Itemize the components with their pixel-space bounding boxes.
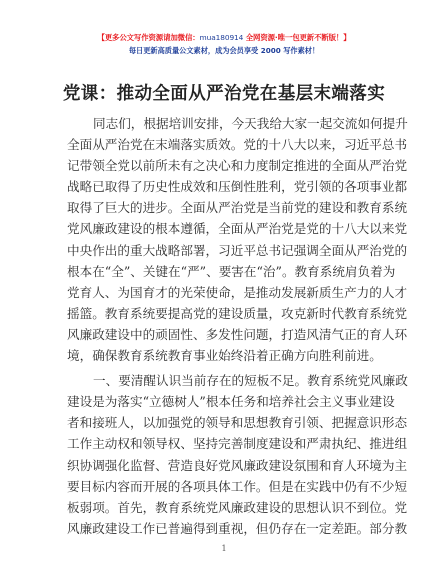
page-number: 1 (0, 544, 448, 553)
text-line: 取得了巨大的进步。全面从严治党是当前党的建设和教育系统 (67, 197, 383, 218)
text-line: 战略已取得了历史性成效和压倒性胜利，党引领的各项事业都 (67, 176, 383, 197)
promo-banner: 【更多公文写作资源请加微信：mua180914 全网资源·唯一包更新不断版！】 … (0, 31, 448, 57)
text-line: 建设是为落实“立德树人”根本任务和培养社会主义事业建设 (67, 391, 383, 412)
paragraph-section-one: 一、要清醒认识当前存在的短板不足。教育系统党风廉政 建设是为落实“立德树人”根本… (67, 370, 383, 539)
document-page: 【更多公文写作资源请加微信：mua180914 全网资源·唯一包更新不断版！】 … (0, 0, 448, 580)
text-line: 党风廉政建设的根本遵循，全面从严治党是党的十八大以来党 (67, 218, 383, 239)
promo-line-wechat: 【更多公文写作资源请加微信：mua180914 全网资源·唯一包更新不断版！】 (0, 31, 448, 44)
text-line: 摇篮。教育系统要提高党的建设质量，攻克新时代教育系统党 (67, 303, 383, 324)
text-line: 中央作出的重大战略部署，习近平总书记强调全面从严治党的 (67, 240, 383, 261)
text-line: 记带领全党以前所未有之决心和力度制定推进的全面从严治党 (67, 155, 383, 176)
text-line: 根本在“全”、关键在“严”、要害在“治”。教育系统肩负着为 (67, 261, 383, 282)
text-line: 者和接班人，以加强党的领导和思想教育引领、把握意识形态 (67, 412, 383, 433)
promo-line-prefix: 【更多公文写作资源请加微信： (97, 33, 199, 42)
section-heading-line: 一、要清醒认识当前存在的短板不足。教育系统党风廉政 (67, 370, 383, 391)
text-line: 风廉政建设工作已普遍得到重视，但仍存在一定差距。部分教 (67, 518, 383, 539)
text-line: 全面从严治党在末端落实质效。党的十八大以来，习近平总书 (67, 134, 383, 155)
promo-line-membership: 每日更新高质量公文素材，成为会员享受 2000 写作素材！ (0, 44, 448, 57)
text-line: 织协调强化监督、营造良好党风廉政建设氛围和育人环境为主 (67, 455, 383, 476)
promo-line-suffix: 全网资源·唯一包更新不断版！】 (243, 33, 350, 42)
text-line: 要目标内容而开展的各项具体工作。但是在实践中仍有不少短 (67, 476, 383, 497)
text-line: 风廉政建设中的顽固性、多发性问题，打造风清气正的育人环 (67, 324, 383, 345)
document-body: 同志们，根据培训安排，今天我给大家一起交流如何提升 全面从严治党在末端落实质效。… (67, 113, 383, 539)
text-line: 境，确保教育系统教育事业始终沿着正确方向胜利前进。 (67, 345, 383, 366)
text-line: 党育人、为国育才的光荣使命，是推动发展新质生产力的人才 (67, 282, 383, 303)
document-title: 党课：推动全面从严治党在基层末端落实 (0, 80, 448, 105)
text-line: 工作主动权和领导权、坚持完善制度建设和严肃执纪、推进组 (67, 433, 383, 454)
promo-wechat-id: mua180914 (200, 33, 244, 42)
paragraph-intro: 同志们，根据培训安排，今天我给大家一起交流如何提升 全面从严治党在末端落实质效。… (67, 113, 383, 366)
text-line: 板弱项。首先，教育系统党风廉政建设的思想认识不到位。党 (67, 497, 383, 518)
text-line: 同志们，根据培训安排，今天我给大家一起交流如何提升 (67, 113, 383, 134)
